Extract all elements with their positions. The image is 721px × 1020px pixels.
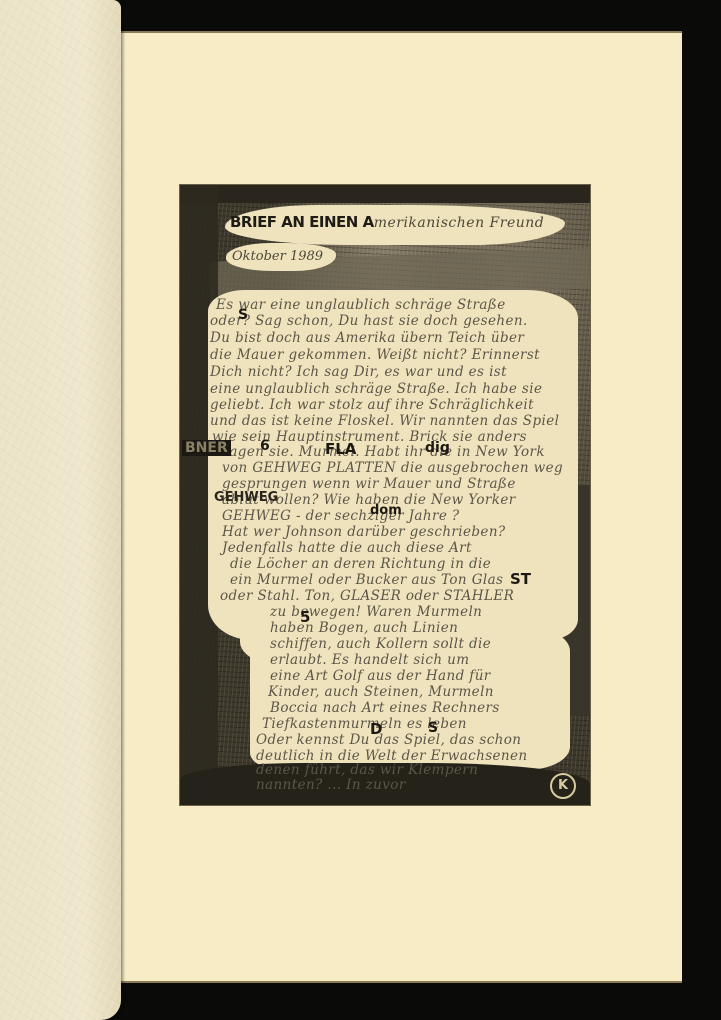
dark-top-edge (180, 185, 590, 203)
letter-line: Dich nicht? Ich sag Dir, es war und es i… (210, 364, 507, 380)
stamp-gehweg: GEHWEG (214, 490, 278, 505)
letter-line: oder? Sag schon, Du hast sie doch gesehe… (210, 313, 528, 329)
etching-print: BRIEF AN EINEN Amerikanischen Freund Okt… (180, 185, 590, 805)
stamp-fragment: BNER (182, 440, 231, 456)
stamp-st: ST (510, 570, 531, 588)
artist-monogram: K (550, 773, 576, 799)
stamp-fla: FLA (325, 440, 356, 458)
letter-line: ein Murmel oder Bucker aus Ton Glas (230, 572, 503, 588)
stamp-five: 5 (300, 608, 310, 626)
letter-line: nannten? ... In zuvor (256, 777, 406, 793)
letter-line: die Mauer gekommen. Weißt nicht? Erinner… (210, 347, 540, 363)
artwork-title: BRIEF AN EINEN Amerikanischen Freund (230, 213, 544, 231)
stamp-dig: dig (425, 440, 450, 456)
title-capitals: BRIEF AN EINEN A (230, 213, 374, 231)
letter-line: Jedenfalls hatte die auch diese Art (222, 540, 472, 556)
letter-line: geliebt. Ich war stolz auf ihre Schrägli… (210, 397, 534, 413)
letter-line: schiffen, auch Kollern sollt die (270, 636, 491, 652)
letter-line: Hat wer Johnson darüber geschrieben? (222, 524, 506, 540)
letter-line: Kinder, auch Steinen, Murmeln (268, 684, 494, 700)
stamp-s-lower: S (428, 720, 438, 736)
stamp-d: D (370, 720, 382, 738)
title-cursive: merikanischen Freund (374, 215, 545, 231)
stamp-s-top: S (238, 307, 248, 323)
artwork-date: Oktober 1989 (232, 249, 323, 264)
letter-line: denen führt, das wir Klempern (256, 762, 478, 778)
stamp-six: 6 (260, 438, 270, 454)
letter-line: sagen sie. Murmel. Habt ihr die in New Y… (222, 444, 545, 460)
letter-line: GEHWEG - der sechziger Jahre ? (222, 508, 460, 524)
letter-line: haben Bogen, auch Linien (270, 620, 458, 636)
letter-line: Es war eine unglaublich schräge Straße (216, 297, 506, 313)
tissue-interleaf (0, 0, 121, 1020)
letter-line: erlaubt. Es handelt sich um (270, 652, 469, 668)
stamp-dom: dom (370, 503, 402, 518)
letter-line: oder Stahl. Ton, GLASER oder STAHLER (220, 588, 514, 604)
letter-line: von GEHWEG PLATTEN die ausgebrochen weg (222, 460, 563, 476)
letter-line: Du bist doch aus Amerika übern Teich übe… (210, 330, 524, 346)
letter-line: eine unglaublich schräge Straße. Ich hab… (210, 381, 542, 397)
letter-line: die Löcher an deren Richtung in die (230, 556, 491, 572)
letter-line: Boccia nach Art eines Rechners (270, 700, 500, 716)
letter-line: eine Art Golf aus der Hand für (270, 668, 491, 684)
letter-line: Oder kennst Du das Spiel, das schon (256, 732, 521, 748)
letter-line: und das ist keine Floskel. Wir nannten d… (210, 413, 559, 429)
